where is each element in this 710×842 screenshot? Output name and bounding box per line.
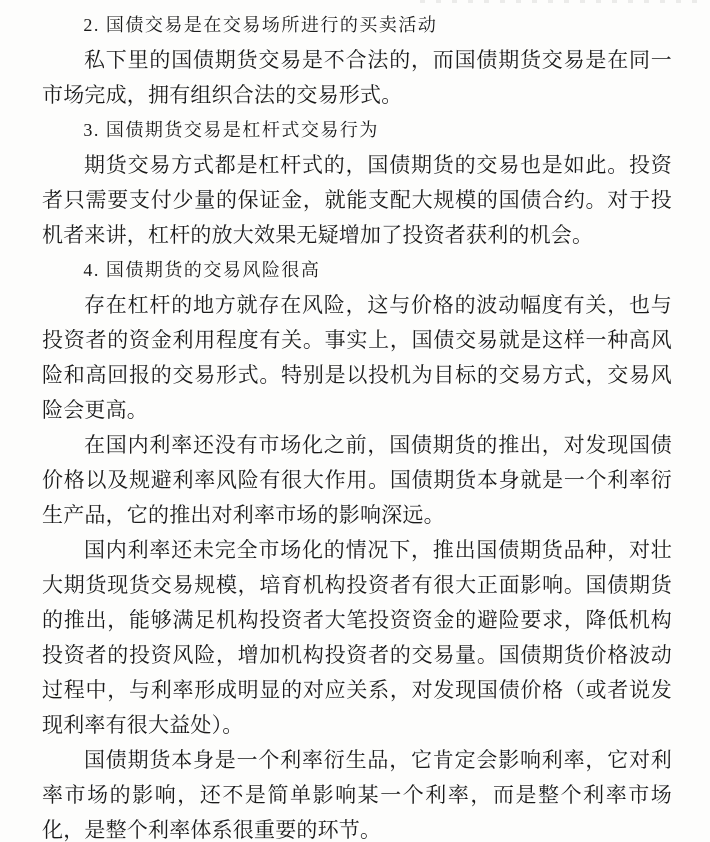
section-heading: 3. 国债期货交易是杠杆式交易行为 <box>42 113 672 148</box>
body-paragraph: 国债期货本身是一个利率衍生品，它肯定会影响利率，它对利率市场的影响，还不是简单影… <box>42 743 672 842</box>
body-paragraph: 国内利率还未完全市场化的情况下，推出国债期货品种，对壮大期货现货交易规模，培育机… <box>42 533 672 743</box>
section-heading: 4. 国债期货的交易风险很高 <box>42 253 672 288</box>
body-paragraph: 存在杠杆的地方就存在风险，这与价格的波动幅度有关，也与投资者的资金利用程度有关。… <box>42 288 672 428</box>
document-body: 2. 国债交易是在交易场所进行的买卖活动私下里的国债期货交易是不合法的，而国债期… <box>42 8 672 842</box>
body-paragraph: 期货交易方式都是杠杆式的，国债期货的交易也是如此。投资者只需要支付少量的保证金，… <box>42 148 672 253</box>
scanned-book-page: { "page": { "background": "#fdfdfc", "te… <box>0 0 710 842</box>
section-heading: 2. 国债交易是在交易场所进行的买卖活动 <box>42 8 672 43</box>
body-paragraph: 在国内利率还没有市场化之前，国债期货的推出，对发现国债价格以及规避利率风险有很大… <box>42 428 672 533</box>
body-paragraph: 私下里的国债期货交易是不合法的，而国债期货交易是在同一市场完成，拥有组织合法的交… <box>42 43 672 113</box>
scan-noise-artifact <box>420 0 698 3</box>
